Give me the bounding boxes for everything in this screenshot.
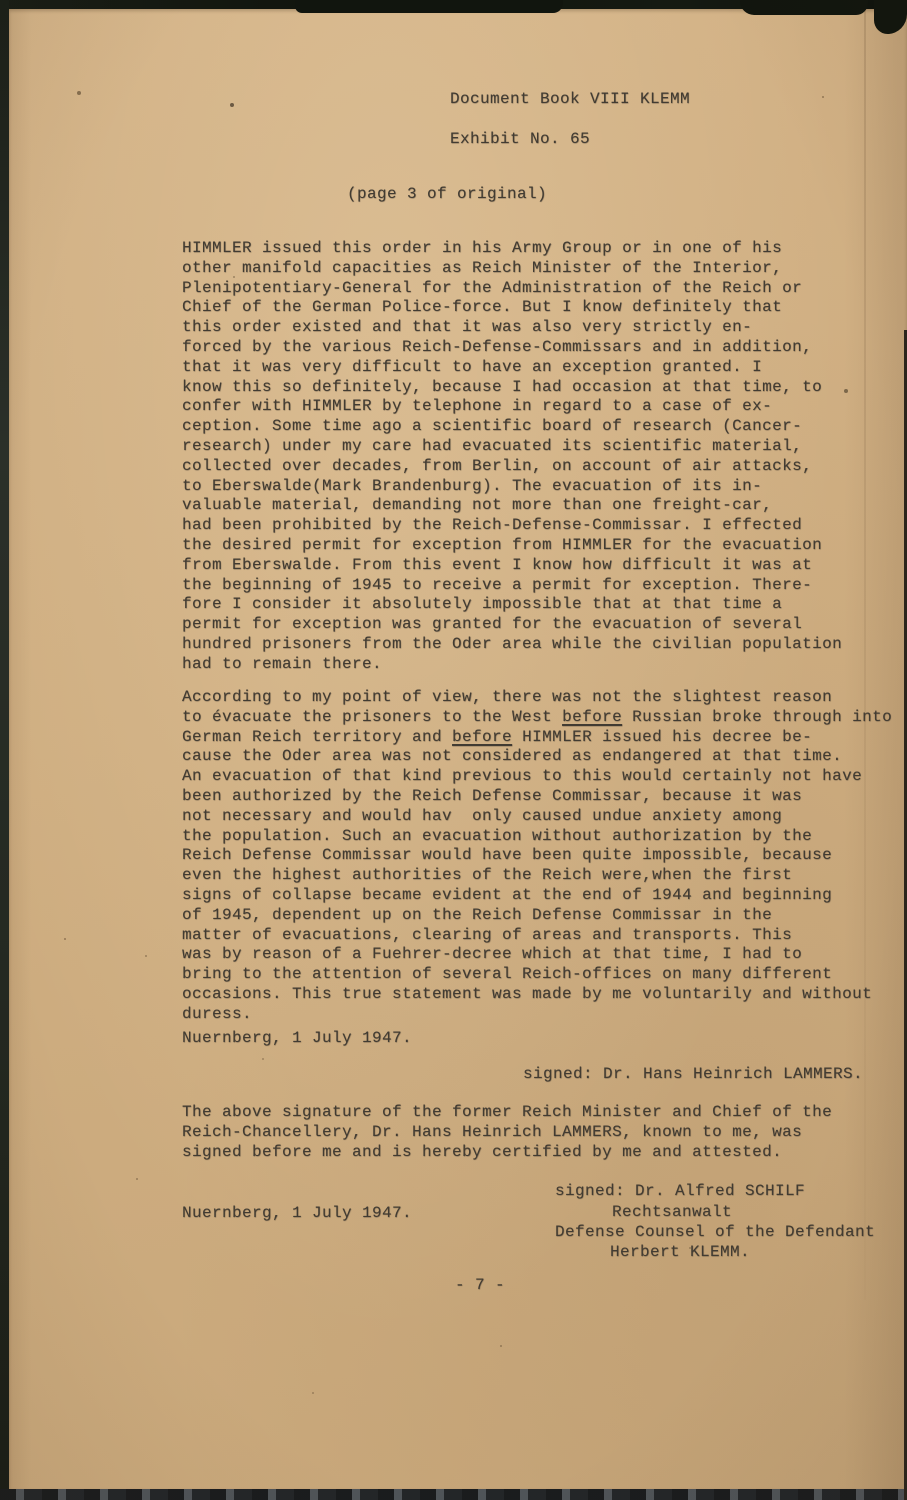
scan-artifact-blob — [295, 0, 563, 13]
scan-edge-bottom — [0, 1489, 907, 1500]
scanned-document-page: Document Book VIII KLEMM Exhibit No. 65 … — [0, 0, 907, 1500]
document-book-title: Document Book VIII KLEMM — [450, 90, 690, 110]
signature-lammers: signed: Dr. Hans Heinrich LAMMERS. — [523, 1065, 863, 1085]
certification-paragraph: The above signature of the former Reich … — [182, 1103, 832, 1162]
dateline-nuernberg-2: Nuernberg, 1 July 1947. — [182, 1204, 412, 1224]
scan-edge-left — [0, 0, 9, 1500]
schilf-title-defendant-name: Herbert KLEMM. — [610, 1243, 750, 1263]
affidavit-paragraph-1: HIMMLER issued this order in his Army Gr… — [182, 239, 842, 675]
affidavit-paragraph-2: According to my point of view, there was… — [182, 688, 892, 1025]
signature-schilf: signed: Dr. Alfred SCHILF — [555, 1182, 805, 1202]
schilf-title-defense-counsel: Defense Counsel of the Defendant — [555, 1223, 875, 1243]
paper-crease — [864, 9, 866, 1300]
schilf-title-rechtsanwalt: Rechtsanwalt — [612, 1203, 732, 1223]
exhibit-number: Exhibit No. 65 — [450, 130, 590, 150]
scan-artifact-blob — [740, 0, 868, 15]
page-number: - 7 - — [455, 1276, 505, 1296]
dateline-nuernberg-1: Nuernberg, 1 July 1947. — [182, 1029, 412, 1049]
page-reference: (page 3 of original) — [347, 185, 547, 205]
